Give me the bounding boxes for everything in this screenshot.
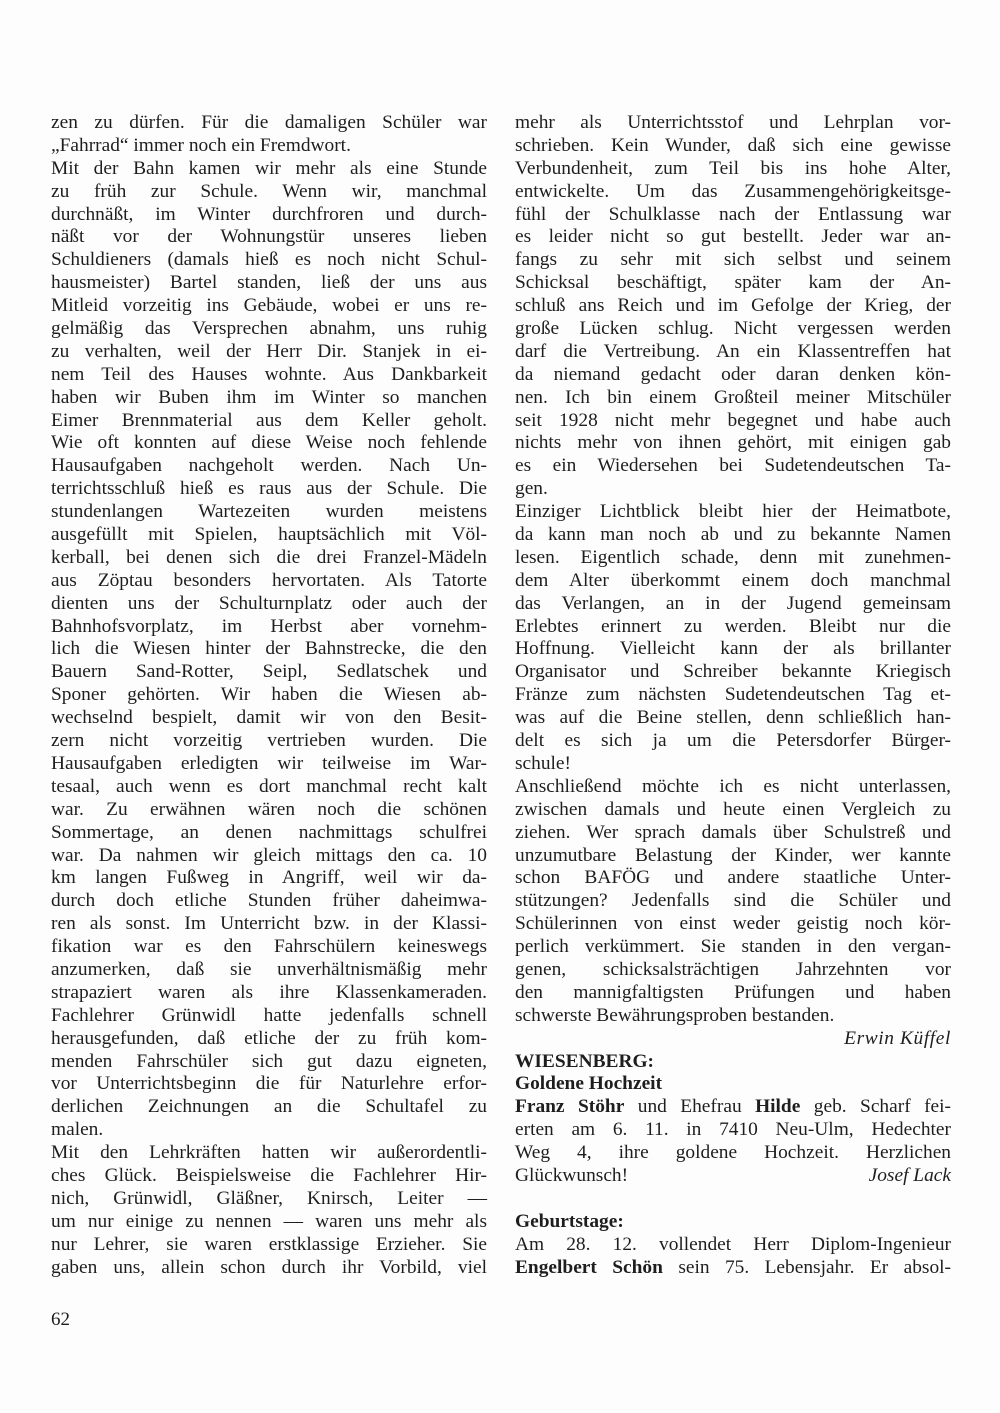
- text-line: entwickelte. Um das Zusammengehörigkeits…: [515, 181, 951, 204]
- text-line: ren als sonst. Im Unterricht bzw. in der…: [51, 913, 487, 936]
- article-signature: Erwin Küffel: [515, 1028, 951, 1051]
- text-line: es ein Wiedersehen bei Sudetendeutschen …: [515, 455, 951, 478]
- text-line: darf die Vertreibung. An ein Klassentref…: [515, 341, 951, 364]
- text-line: malen.: [51, 1119, 487, 1142]
- text-line: fikation war es den Fahrschülern keinesw…: [51, 936, 487, 959]
- text-line: Erlebtes erinnert zu werden. Bleibt nur …: [515, 616, 951, 639]
- subheading-goldene-hochzeit: Goldene Hochzeit: [515, 1073, 951, 1096]
- spacer: [515, 1188, 951, 1211]
- text-line: anzumerken, daß sie unverhältnismäßig me…: [51, 959, 487, 982]
- article-body-continued: mehr als Unterrichtsstof und Lehrplan vo…: [515, 112, 951, 1028]
- text-line: zern nicht vorzeitig vertrieben wurden. …: [51, 730, 487, 753]
- text-line: menden Fahrschüler sich gut dazu eignete…: [51, 1051, 487, 1074]
- text-line: ziehen. Wer sprach damals über Schulstre…: [515, 822, 951, 845]
- text-line: Einziger Lichtblick bleibt hier der Heim…: [515, 501, 951, 524]
- text-line: Schicksal beschäftigt, später kam der An…: [515, 272, 951, 295]
- text-line: gelmäßig das Versprechen abnahm, uns ruh…: [51, 318, 487, 341]
- text-line: „Fahrrad“ immer noch ein Fremdwort.: [51, 135, 487, 158]
- text-line: zu früh zur Schule. Wenn wir, manchmal: [51, 181, 487, 204]
- text-line: durch doch etliche Stunden früher daheim…: [51, 890, 487, 913]
- text-line: Hausaufgaben nachgeholt werden. Nach Un-: [51, 455, 487, 478]
- text-line: lich die Wiesen hinter der Bahnstrecke, …: [51, 638, 487, 661]
- text-line: kerball, bei denen sich die drei Franzel…: [51, 547, 487, 570]
- text-line: ches Glück. Beispielsweise die Fachlehre…: [51, 1165, 487, 1188]
- text-line: ausgefüllt mit Spielen, hauptsächlich mi…: [51, 524, 487, 547]
- text-line: Anschließend möchte ich es nicht unterla…: [515, 776, 951, 799]
- text-line: Mit der Bahn kamen wir mehr als eine Stu…: [51, 158, 487, 181]
- text-line: da kann man noch ab und zu bekannte Name…: [515, 524, 951, 547]
- text-line: Organisator und Schreiber bekannte Krieg…: [515, 661, 951, 684]
- text-line: vor Unterrichtsbeginn die für Naturlehre…: [51, 1073, 487, 1096]
- text-line: mehr als Unterrichtsstof und Lehrplan vo…: [515, 112, 951, 135]
- text-line: zwischen damals und heute einen Vergleic…: [515, 799, 951, 822]
- text-line: dienten uns der Schulturnplatz oder auch…: [51, 593, 487, 616]
- section-heading-wiesenberg: WIESENBERG:: [515, 1051, 951, 1074]
- text-line: Sponer gehörten. Wir haben die Wiesen ab…: [51, 684, 487, 707]
- text-line: aus Zöptau besonders hervortaten. Als Ta…: [51, 570, 487, 593]
- person-name: Engelbert Schön: [515, 1257, 663, 1278]
- text-line: da niemand gedacht oder daran denken kön…: [515, 364, 951, 387]
- text-line: um nur einige zu nennen — waren uns mehr…: [51, 1211, 487, 1234]
- text-line: Wie oft konnten auf diese Weise noch feh…: [51, 432, 487, 455]
- wedding-announcement-line-1: Franz Stöhr und Ehefrau Hilde geb. Schar…: [515, 1096, 951, 1119]
- text-line: Hausaufgaben erledigten wir teilweise im…: [51, 753, 487, 776]
- text-line: schrieben. Kein Wunder, daß sich eine ge…: [515, 135, 951, 158]
- text-line: das Verlangen, an in der Jugend gemeinsa…: [515, 593, 951, 616]
- text-line: Eimer Brennmaterial aus dem Keller gehol…: [51, 410, 487, 433]
- text-line: tesaal, auch wenn es dort manchmal recht…: [51, 776, 487, 799]
- text-line: wechselnd bespielt, damit wir von den Be…: [51, 707, 487, 730]
- text-line: nur Lehrer, sie waren erstklassige Erzie…: [51, 1234, 487, 1257]
- text-line: Bauern Sand-Rotter, Seipl, Sedlatschek u…: [51, 661, 487, 684]
- text-line: Bahnhofsvorplatz, im Herbst aber vornehm…: [51, 616, 487, 639]
- person-name: Franz Stöhr: [515, 1096, 624, 1117]
- right-column: mehr als Unterrichtsstof und Lehrplan vo…: [515, 112, 951, 1279]
- page-number: 62: [51, 1309, 70, 1331]
- text-line: Schülerinnen von einst weder geistig noc…: [515, 913, 951, 936]
- text-line: lesen. Eigentlich schade, denn mit zuneh…: [515, 547, 951, 570]
- text-line: fangs zu sehr mit sich selbst und seinem: [515, 249, 951, 272]
- text-line: Fachlehrer Grünwidl hatte jedenfalls sch…: [51, 1005, 487, 1028]
- text-line: gen.: [515, 478, 951, 501]
- text-line: was auf die Beine stellen, denn schließl…: [515, 707, 951, 730]
- text-line: herausgefunden, daß etliche der zu früh …: [51, 1028, 487, 1051]
- text-line: Schuldieners (damals hieß es noch nicht …: [51, 249, 487, 272]
- text-line: derlichen Zeichnungen an die Schultafel …: [51, 1096, 487, 1119]
- text-line: große Lücken schlug. Nicht vergessen wer…: [515, 318, 951, 341]
- subheading-geburtstage: Geburtstage:: [515, 1211, 951, 1234]
- text-line: war. Zu erwähnen wären noch die schönen: [51, 799, 487, 822]
- wedding-signature: Josef Lack: [869, 1165, 951, 1188]
- text-line: schwerste Bewährungsproben bestanden.: [515, 1005, 951, 1028]
- text-line: seit 1928 nicht mehr begegnet und habe a…: [515, 410, 951, 433]
- text-line: näßt vor der Wohnungstür unseres lieben: [51, 226, 487, 249]
- wedding-announcement-line-4: Glückwunsch! Josef Lack: [515, 1165, 951, 1188]
- text-line: schon BAFÖG und andere staatliche Unter-: [515, 867, 951, 890]
- document-page: zen zu dürfen. Für die damaligen Schüler…: [0, 0, 1000, 1413]
- text-line: haben wir Buben ihm im Winter so manchen: [51, 387, 487, 410]
- text-line: schule!: [515, 753, 951, 776]
- text-line: delt es sich ja um die Petersdorfer Bürg…: [515, 730, 951, 753]
- text-line: nem Teil des Hauses wohnte. Aus Dankbark…: [51, 364, 487, 387]
- text-line: schluß ans Reich und im Gefolge der Krie…: [515, 295, 951, 318]
- text-line: zen zu dürfen. Für die damaligen Schüler…: [51, 112, 487, 135]
- text-line: stundenlangen Wartezeiten wurden meisten…: [51, 501, 487, 524]
- text-line: fühl der Schulklasse nach der Entlassung…: [515, 204, 951, 227]
- text-line: strapaziert waren als ihre Klassenkamera…: [51, 982, 487, 1005]
- text-line: Mit den Lehrkräften hatten wir außerorde…: [51, 1142, 487, 1165]
- text-line: nich, Grünwidl, Gläßner, Knirsch, Leiter…: [51, 1188, 487, 1211]
- left-column: zen zu dürfen. Für die damaligen Schüler…: [51, 112, 487, 1279]
- text-line: stützungen? Jedenfalls sind die Schüler …: [515, 890, 951, 913]
- text-line: perlich verkümmert. Sie standen in den v…: [515, 936, 951, 959]
- text-line: terrichtsschluß hieß es raus aus der Sch…: [51, 478, 487, 501]
- text-line: zu verhalten, weil der Herr Dir. Stanjek…: [51, 341, 487, 364]
- text-line: hausmeister) Bartel standen, ließ der un…: [51, 272, 487, 295]
- text-line: Mitleid vorzeitig ins Gebäude, wobei er …: [51, 295, 487, 318]
- birthday-line-1: Am 28. 12. vollendet Herr Diplom-Ingenie…: [515, 1234, 951, 1257]
- text-line: km langen Fußweg in Angriff, weil wir da…: [51, 867, 487, 890]
- text-line: war. Da nahmen wir gleich mittags den ca…: [51, 845, 487, 868]
- text-line: Hoffnung. Vielleicht kann der als brilla…: [515, 638, 951, 661]
- text-line: nen. Ich bin einem Großteil meiner Mitsc…: [515, 387, 951, 410]
- birthday-line-2: Engelbert Schön sein 75. Lebensjahr. Er …: [515, 1257, 951, 1280]
- text-line: unzumutbare Belastung der Kinder, wer ka…: [515, 845, 951, 868]
- text-line: Verbundenheit, zum Teil bis ins hohe Alt…: [515, 158, 951, 181]
- text-line: Sommertage, an denen nachmittags schulfr…: [51, 822, 487, 845]
- text-line: den mannigfaltigsten Prüfungen und haben: [515, 982, 951, 1005]
- text-line: Fränze zum nächsten Sudetendeutschen Tag…: [515, 684, 951, 707]
- text-line: durchnäßt, im Winter durchfroren und dur…: [51, 204, 487, 227]
- text-line: nichts mehr von ihnen gehört, mit einige…: [515, 432, 951, 455]
- wedding-announcement-line-3: Weg 4, ihre goldene Hochzeit. Herzlichen: [515, 1142, 951, 1165]
- person-name: Hilde: [755, 1096, 800, 1117]
- text-line: genen, schicksalsträchtigen Jahrzehnten …: [515, 959, 951, 982]
- text-line: gaben uns, allein schon durch ihr Vorbil…: [51, 1257, 487, 1280]
- text-line: dem Alter überkommt einem doch manchmal: [515, 570, 951, 593]
- text-line: es leider nicht so gut bestellt. Jeder w…: [515, 226, 951, 249]
- wedding-announcement-line-2: erten am 6. 11. in 7410 Neu-Ulm, Hedecht…: [515, 1119, 951, 1142]
